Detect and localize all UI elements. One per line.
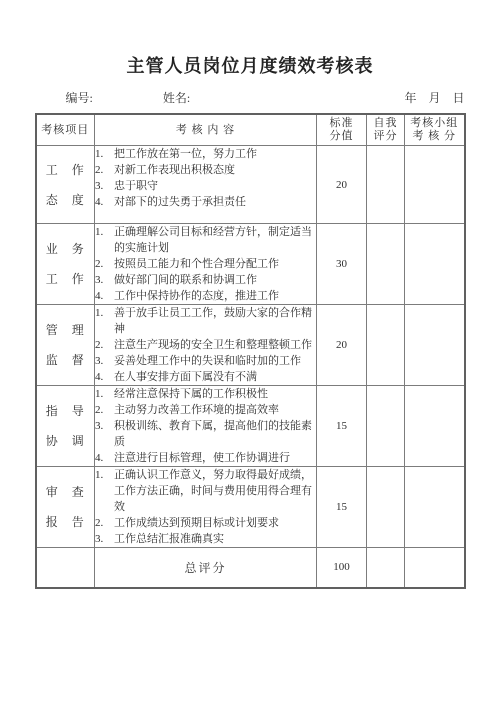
total-row: 总评分100 [36, 548, 465, 588]
header-content: 考 核 内 容 [95, 114, 317, 146]
total-category-cell [36, 548, 95, 588]
item-number: 2. [95, 337, 114, 353]
content-cell: 1.正确理解公司目标和经营方针，制定适当的实施计划2.按照员工能力和个性合理分配… [95, 224, 317, 305]
category-cell: 审 查 报 告 [36, 467, 95, 548]
item-text: 注意进行目标管理，使工作协调进行 [114, 450, 316, 466]
category-cell: 工 作 态 度 [36, 146, 95, 224]
header-row: 考核项目 考 核 内 容 标准 分值 自我 评分 考核小组 考 核 分 [36, 114, 465, 146]
content-item: 3.积极训练、教育下属，提高他们的技能素质 [95, 418, 316, 450]
item-number: 3. [95, 531, 114, 547]
content-item: 2.注意生产现场的安全卫生和整理整顿工作 [95, 337, 316, 353]
total-standard-score-cell: 100 [317, 548, 367, 588]
table-row: 工 作 态 度1.把工作放在第一位，努力工作2.对新工作表现出积极态度3.忠于职… [36, 146, 465, 224]
content-item: 2.对新工作表现出积极态度 [95, 162, 316, 178]
total-label: 总评分 [95, 548, 317, 588]
item-text: 做好部门间的联系和协调工作 [114, 272, 316, 288]
content-item: 2.主动努力改善工作环境的提高效率 [95, 402, 316, 418]
self-score-cell [367, 467, 405, 548]
item-number: 2. [95, 256, 114, 272]
group-score-cell [405, 467, 465, 548]
document-page: 主管人员岗位月度绩效考核表 编号: 姓名: 年 月 日 考核项目 考 核 内 容… [0, 0, 500, 708]
standard-score-cell: 15 [317, 386, 367, 467]
item-number: 1. [95, 224, 114, 256]
item-number: 4. [95, 369, 114, 385]
page-title: 主管人员岗位月度绩效考核表 [0, 0, 500, 78]
group-score-cell [405, 224, 465, 305]
self-score-cell [367, 146, 405, 224]
item-text: 正确认识工作意义，努力取得最好成绩，工作方法正确，时间与费用使用得合理有效 [114, 467, 316, 515]
content-item: 1.善于放手让员工工作，鼓励大家的合作精神 [95, 305, 316, 337]
header-category: 考核项目 [36, 114, 95, 146]
content-item: 2.工作成绩达到预期目标或计划要求 [95, 515, 316, 531]
standard-score-cell: 15 [317, 467, 367, 548]
item-text: 按照员工能力和个性合理分配工作 [114, 256, 316, 272]
item-text: 积极训练、教育下属，提高他们的技能素质 [114, 418, 316, 450]
self-score-cell [367, 386, 405, 467]
item-text: 在人事安排方面下属没有不满 [114, 369, 316, 385]
content-cell: 1.把工作放在第一位，努力工作2.对新工作表现出积极态度3.忠于职守4.对部下的… [95, 146, 317, 224]
content-item: 1.经常注意保持下属的工作积极性 [95, 386, 316, 402]
date-label: 年 月 日 [404, 89, 464, 106]
content-item: 4.在人事安排方面下属没有不满 [95, 369, 316, 385]
item-text: 对部下的过失勇于承担责任 [114, 194, 316, 210]
item-number: 1. [95, 305, 114, 337]
standard-score-cell: 30 [317, 224, 367, 305]
item-text: 忠于职守 [114, 178, 316, 194]
item-number: 4. [95, 288, 114, 304]
content-cell: 1.善于放手让员工工作，鼓励大家的合作精神2.注意生产现场的安全卫生和整理整顿工… [95, 305, 317, 386]
item-text: 妥善处理工作中的失误和临时加的工作 [114, 353, 316, 369]
content-cell: 1.经常注意保持下属的工作积极性2.主动努力改善工作环境的提高效率3.积极训练、… [95, 386, 317, 467]
evaluation-table: 考核项目 考 核 内 容 标准 分值 自我 评分 考核小组 考 核 分 工 作 … [35, 113, 466, 589]
header-group-score: 考核小组 考 核 分 [405, 114, 465, 146]
standard-score-cell: 20 [317, 305, 367, 386]
category-cell: 业 务 工 作 [36, 224, 95, 305]
group-score-cell [405, 386, 465, 467]
item-text: 工作总结汇报准确真实 [114, 531, 316, 547]
content-cell: 1.正确认识工作意义，努力取得最好成绩，工作方法正确，时间与费用使用得合理有效2… [95, 467, 317, 548]
header-self-score: 自我 评分 [367, 114, 405, 146]
content-item: 4.工作中保持协作的态度，推进工作 [95, 288, 316, 304]
item-text: 主动努力改善工作环境的提高效率 [114, 402, 316, 418]
content-item: 3.工作总结汇报准确真实 [95, 531, 316, 547]
content-item: 3.忠于职守 [95, 178, 316, 194]
total-group-score-cell [405, 548, 465, 588]
item-text: 把工作放在第一位，努力工作 [114, 146, 316, 162]
item-number: 2. [95, 402, 114, 418]
content-item: 3.妥善处理工作中的失误和临时加的工作 [95, 353, 316, 369]
category-cell: 指 导 协 调 [36, 386, 95, 467]
item-number: 1. [95, 386, 114, 402]
table-row: 指 导 协 调1.经常注意保持下属的工作积极性2.主动努力改善工作环境的提高效率… [36, 386, 465, 467]
content-item: 3.做好部门间的联系和协调工作 [95, 272, 316, 288]
self-score-cell [367, 224, 405, 305]
self-score-cell [367, 305, 405, 386]
item-text: 工作中保持协作的态度，推进工作 [114, 288, 316, 304]
content-item: 4.注意进行目标管理，使工作协调进行 [95, 450, 316, 466]
name-label: 姓名: [163, 89, 190, 106]
table-row: 审 查 报 告1.正确认识工作意义，努力取得最好成绩，工作方法正确，时间与费用使… [36, 467, 465, 548]
meta-line: 编号: 姓名: 年 月 日 [36, 89, 465, 106]
category-cell: 管 理 监 督 [36, 305, 95, 386]
item-text: 注意生产现场的安全卫生和整理整顿工作 [114, 337, 316, 353]
item-text: 正确理解公司目标和经营方针，制定适当的实施计划 [114, 224, 316, 256]
item-text: 经常注意保持下属的工作积极性 [114, 386, 316, 402]
group-score-cell [405, 146, 465, 224]
group-score-cell [405, 305, 465, 386]
item-number: 2. [95, 162, 114, 178]
item-number: 4. [95, 450, 114, 466]
item-text: 对新工作表现出积极态度 [114, 162, 316, 178]
table-row: 管 理 监 督1.善于放手让员工工作，鼓励大家的合作精神2.注意生产现场的安全卫… [36, 305, 465, 386]
content-item: 4.对部下的过失勇于承担责任 [95, 194, 316, 210]
standard-score-cell: 20 [317, 146, 367, 224]
number-label: 编号: [66, 89, 93, 106]
item-number: 1. [95, 146, 114, 162]
table-row: 业 务 工 作1.正确理解公司目标和经营方针，制定适当的实施计划2.按照员工能力… [36, 224, 465, 305]
header-standard-score: 标准 分值 [317, 114, 367, 146]
content-item: 1.正确认识工作意义，努力取得最好成绩，工作方法正确，时间与费用使用得合理有效 [95, 467, 316, 515]
item-text: 善于放手让员工工作，鼓励大家的合作精神 [114, 305, 316, 337]
item-text: 工作成绩达到预期目标或计划要求 [114, 515, 316, 531]
item-number: 3. [95, 418, 114, 450]
item-number: 3. [95, 353, 114, 369]
item-number: 2. [95, 515, 114, 531]
item-number: 3. [95, 272, 114, 288]
item-number: 1. [95, 467, 114, 515]
item-number: 3. [95, 178, 114, 194]
content-item: 2.按照员工能力和个性合理分配工作 [95, 256, 316, 272]
total-self-score-cell [367, 548, 405, 588]
content-item: 1.正确理解公司目标和经营方针，制定适当的实施计划 [95, 224, 316, 256]
item-number: 4. [95, 194, 114, 210]
content-item: 1.把工作放在第一位，努力工作 [95, 146, 316, 162]
